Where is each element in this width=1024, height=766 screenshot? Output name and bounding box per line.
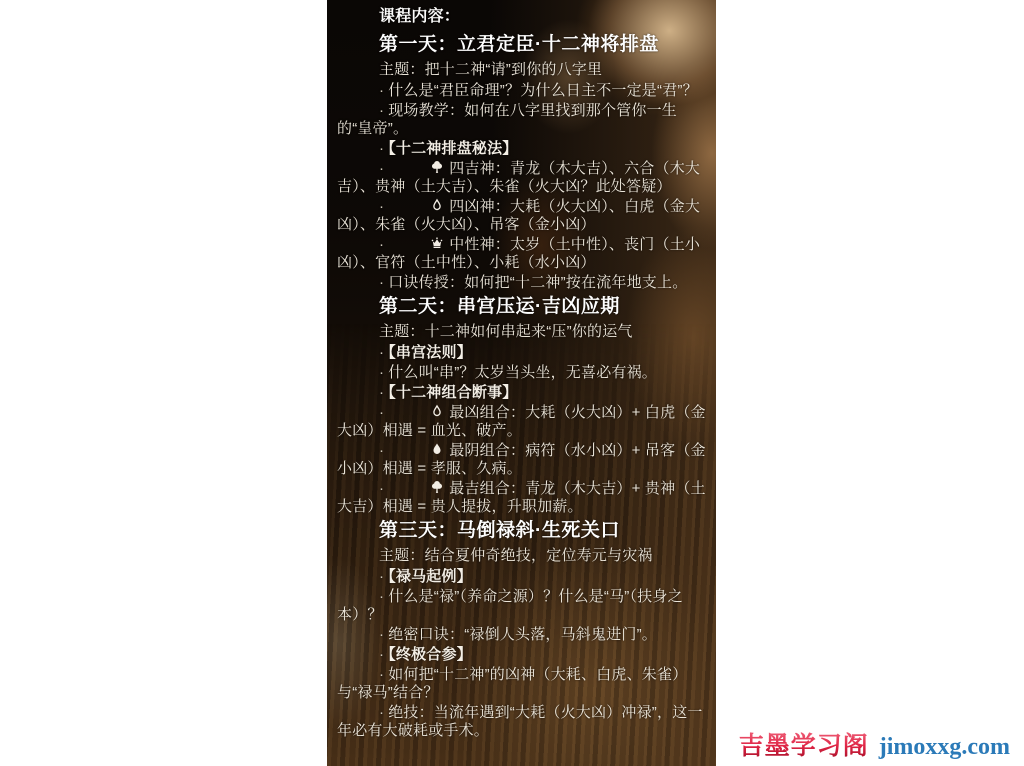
bullet-dot: ·: [379, 364, 388, 381]
line-text: 课程内容：: [379, 8, 460, 25]
content-line: ·如何把“十二神”的凶神（大耗、白虎、朱雀）与“禄马”结合？: [337, 666, 710, 702]
day2-title: 第二天：串宫压运·吉凶应期: [337, 295, 710, 318]
page-background: 课程内容：第一天：立君定臣·十二神将排盘主题：把十二神“请”到你的八字里·什么是…: [0, 0, 1024, 766]
line-text: 如何把“十二神”的凶神（大耗、白虎、朱雀）与“禄马”结合？: [337, 666, 687, 701]
content-line: ·口诀传授：如何把“十二神”按在流年地支上。: [337, 274, 710, 292]
poster-content: 课程内容：第一天：立君定臣·十二神将排盘主题：把十二神“请”到你的八字里·什么是…: [327, 0, 716, 740]
day2-topic: 主题：十二神如何串起来“压”你的运气: [337, 323, 710, 341]
bullet-dot: ·: [379, 626, 388, 643]
droplet-icon: [388, 442, 449, 460]
bullet-dot: ·: [379, 588, 388, 605]
line-text: 【串宫法则】: [388, 344, 472, 361]
line-text: 第三天：马倒禄斜·生死关口: [379, 520, 620, 541]
content-line: ·绝技：当流年遇到“大耗（火大凶）冲禄”，这一年必有大破耗或手术。: [337, 704, 710, 740]
content-line: ·【禄马起例】: [337, 568, 710, 586]
content-line: ·什么是“君臣命理”？为什么日主不一定是“君”？: [337, 82, 710, 100]
bullet-dot: ·: [379, 140, 388, 157]
day1-title: 第一天：立君定臣·十二神将排盘: [337, 33, 710, 56]
line-text: 什么叫“串”？太岁当头坐，无喜必有祸。: [388, 364, 657, 381]
bullet-dot: ·: [379, 82, 388, 99]
line-text: 主题：把十二神“请”到你的八字里: [379, 61, 602, 78]
content-line: ·最吉组合：青龙（木大吉）+ 贵神（土大吉）相遇 = 贵人提拔，升职加薪。: [337, 480, 710, 516]
line-text: 【十二神排盘秘法】: [388, 140, 517, 157]
line-text: 第二天：串宫压运·吉凶应期: [379, 296, 620, 317]
content-line: ·【十二神排盘秘法】: [337, 140, 710, 158]
line-text: 口诀传授：如何把“十二神”按在流年地支上。: [388, 274, 687, 291]
bullet-dot: ·: [379, 384, 388, 401]
content-line: ·【串宫法则】: [337, 344, 710, 362]
line-text: 【十二神组合断事】: [388, 384, 517, 401]
bullet-dot: ·: [379, 198, 388, 215]
crown-icon: [388, 236, 449, 254]
line-text: 什么是“禄”（养命之源）？什么是“马”（扶身之本）？: [337, 588, 683, 623]
line-text: 绝密口诀：“禄倒人头落，马斜鬼进门”。: [388, 626, 657, 643]
bullet-dot: ·: [379, 274, 388, 291]
bullet-dot: ·: [379, 344, 388, 361]
bullet-dot: ·: [379, 666, 388, 683]
droplet-outline-icon: [388, 198, 449, 216]
bullet-dot: ·: [379, 480, 388, 497]
line-text: 第一天：立君定臣·十二神将排盘: [379, 34, 659, 55]
bullet-dot: ·: [379, 704, 388, 721]
bullet-dot: ·: [379, 160, 388, 177]
tree-icon: [388, 160, 449, 178]
line-text: 【终极合参】: [388, 646, 472, 663]
content-line: ·四吉神：青龙（木大吉）、六合（木大吉）、贵神（土大吉）、朱雀（火大凶？此处答疑…: [337, 160, 710, 196]
content-line: ·现场教学：如何在八字里找到那个管你一生的“皇帝”。: [337, 102, 710, 138]
line-text: 现场教学：如何在八字里找到那个管你一生的“皇帝”。: [337, 102, 677, 137]
watermark-site-url: jimoxxg.com: [879, 734, 1010, 761]
watermark: 吉墨学习阁 jimoxxg.com: [739, 726, 1010, 762]
content-line: ·【十二神组合断事】: [337, 384, 710, 402]
line-text: 【禄马起例】: [388, 568, 472, 585]
line-text: 绝技：当流年遇到“大耗（火大凶）冲禄”，这一年必有大破耗或手术。: [337, 704, 703, 739]
bullet-dot: ·: [379, 646, 388, 663]
line-text: 什么是“君臣命理”？为什么日主不一定是“君”？: [388, 82, 698, 99]
content-line: ·最凶组合：大耗（火大凶）+ 白虎（金大凶）相遇 = 血光、破产。: [337, 404, 710, 440]
course-content-label: 课程内容：: [337, 7, 710, 27]
bullet-dot: ·: [379, 404, 388, 421]
content-line: ·【终极合参】: [337, 646, 710, 664]
day3-topic: 主题：结合夏仲奇绝技，定位寿元与灾祸: [337, 547, 710, 565]
content-line: ·中性神：太岁（土中性）、丧门（土小凶）、官符（土中性）、小耗（水小凶）: [337, 236, 710, 272]
content-line: ·最阴组合：病符（水小凶）+ 吊客（金小凶）相遇 = 孝服、久病。: [337, 442, 710, 478]
bullet-dot: ·: [379, 568, 388, 585]
droplet-outline-icon: [388, 404, 449, 422]
course-poster: 课程内容：第一天：立君定臣·十二神将排盘主题：把十二神“请”到你的八字里·什么是…: [327, 0, 716, 766]
content-line: ·四凶神：大耗（火大凶）、白虎（金大凶）、朱雀（火大凶）、吊客（金小凶）: [337, 198, 710, 234]
content-line: ·绝密口诀：“禄倒人头落，马斜鬼进门”。: [337, 626, 710, 644]
watermark-site-name: 吉墨学习阁: [739, 726, 869, 762]
tree-icon: [388, 480, 449, 498]
content-line: ·什么是“禄”（养命之源）？什么是“马”（扶身之本）？: [337, 588, 710, 624]
content-line: ·什么叫“串”？太岁当头坐，无喜必有祸。: [337, 364, 710, 382]
bullet-dot: ·: [379, 236, 388, 253]
line-text: 主题：十二神如何串起来“压”你的运气: [379, 323, 633, 340]
bullet-dot: ·: [379, 442, 388, 459]
line-text: 主题：结合夏仲奇绝技，定位寿元与灾祸: [379, 547, 653, 564]
day1-topic: 主题：把十二神“请”到你的八字里: [337, 61, 710, 79]
bullet-dot: ·: [379, 102, 388, 119]
day3-title: 第三天：马倒禄斜·生死关口: [337, 519, 710, 542]
